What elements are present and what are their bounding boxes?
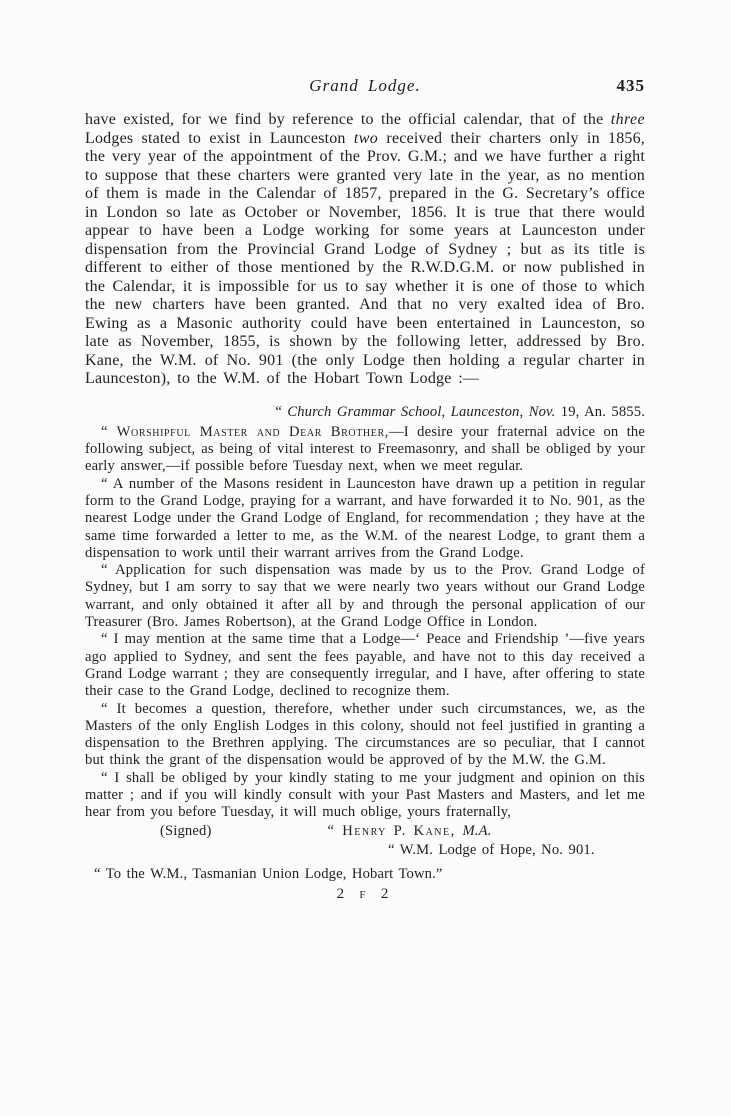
letter-paragraph-4: “ I may mention at the same time that a … — [85, 631, 645, 700]
italic-word-two: two — [354, 130, 378, 147]
letter-paragraph-6: “ I shall be obliged by your kindly stat… — [85, 770, 645, 822]
main-paragraph-text-1: have existed, for we find by reference t… — [85, 111, 611, 128]
signature-name: “ Henry P. Kane, M.A. — [327, 823, 491, 839]
printers-signature-mark: 2 f 2 — [85, 886, 645, 903]
signature-name-text: “ Henry P. Kane, — [327, 823, 462, 839]
dateline-date: 19, An. 5855. — [555, 404, 645, 420]
main-paragraph-text-3: received their charters only in 1856, th… — [85, 130, 645, 388]
letter-salutation: “ Worshipful Master and Dear Brother, — [101, 424, 389, 440]
italic-word-three: three — [611, 111, 645, 128]
signature-degree: M.A. — [463, 823, 492, 839]
running-head: Grand Lodge. 435 — [85, 76, 645, 98]
running-title: Grand Lodge. — [85, 76, 645, 96]
book-page: Grand Lodge. 435 have existed, for we fi… — [0, 0, 731, 1116]
dateline-place: Church Grammar School, Launceston, Nov. — [287, 404, 555, 420]
addressee: “ To the W.M., Tasmanian Union Lodge, Ho… — [94, 866, 443, 882]
addressee-row: “ To the W.M., Tasmanian Union Lodge, Ho… — [85, 866, 645, 883]
letter-paragraph-3: “ Application for such dispensation was … — [85, 562, 645, 631]
letter-dateline: “ Church Grammar School, Launceston, Nov… — [85, 404, 645, 421]
main-paragraph-text-2: Lodges stated to exist in Launceston — [85, 130, 354, 147]
signature-title-row: “ W.M. Lodge of Hope, No. 901. — [85, 842, 645, 859]
signed-label: (Signed) — [160, 823, 211, 839]
signature-row: (Signed)“ Henry P. Kane, M.A. — [85, 823, 645, 840]
signature-title: “ W.M. Lodge of Hope, No. 901. — [388, 842, 595, 858]
main-paragraph: have existed, for we find by reference t… — [85, 111, 645, 389]
page-number: 435 — [617, 76, 646, 96]
letter-block: “ Church Grammar School, Launceston, Nov… — [85, 404, 645, 903]
letter-paragraph-5: “ It becomes a question, therefore, whet… — [85, 701, 645, 770]
letter-paragraph-2: “ A number of the Masons resident in Lau… — [85, 476, 645, 562]
letter-paragraph-1: “ Worshipful Master and Dear Brother,—I … — [85, 424, 645, 476]
dateline-open-quote: “ — [275, 404, 287, 420]
